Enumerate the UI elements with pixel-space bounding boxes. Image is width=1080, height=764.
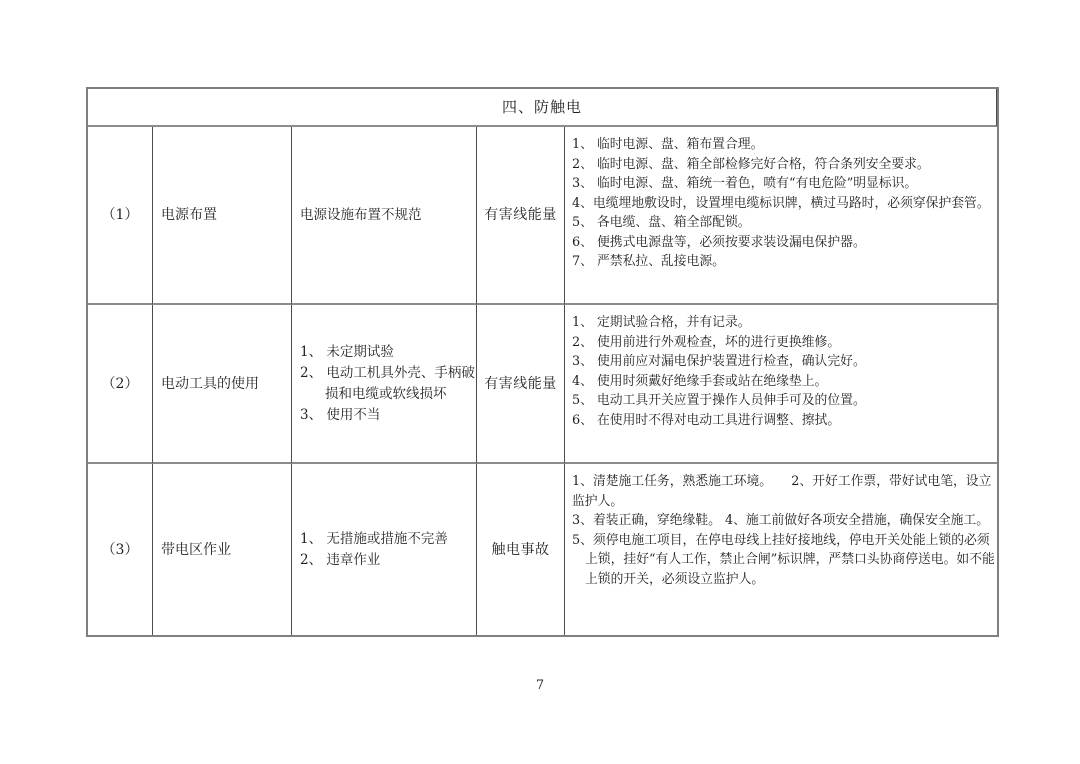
hazard-type-label: 触电事故: [492, 540, 550, 560]
row3-hazard-cell: 1、 无措施或措施不完善2、 违章作业: [292, 464, 477, 635]
measure-line: 6、 便携式电源盘等，必须按要求装设漏电保护器。: [572, 233, 996, 253]
row1-measures-cell: 1、 临时电源、盘、箱布置合理。2、 临时电源、盘、箱全部检修完好合格，符合条列…: [565, 127, 997, 305]
measure-line: 7、 严禁私拉、乱接电源。: [572, 252, 996, 272]
measure-line: 3、 使用前应对漏电保护装置进行检查，确认完好。: [572, 352, 996, 372]
measure-line: 1、清楚施工任务，熟悉施工环境。 2、开好工作票，带好试电笔，设立监护人。: [572, 472, 996, 511]
row3-item-cell: 带电区作业: [153, 464, 292, 635]
electric-shock-prevention-table: 四、防触电 （1） 电源布置 电源设施布置不规范 有害线能量 1、 临时电源、盘…: [86, 87, 999, 637]
hazard-line: 3、 使用不当: [300, 405, 476, 426]
row-number: （3）: [102, 540, 139, 560]
hazard-list: 电源设施布置不规范: [300, 205, 476, 226]
row3-hazard-type-cell: 触电事故: [477, 464, 565, 635]
hazard-type-label: 有害线能量: [484, 205, 557, 225]
row1-hazard-type-cell: 有害线能量: [477, 127, 565, 305]
row2-number-cell: （2）: [88, 305, 153, 464]
row2-measures-cell: 1、 定期试验合格，并有记录。2、 使用前进行外观检查，坏的进行更换维修。3、 …: [565, 305, 997, 464]
row-number: （1）: [102, 205, 139, 225]
item-label: 电动工具的使用: [161, 374, 287, 394]
measure-line: 5、须停电施工项目，在停电母线上挂好接地线，停电开关处能上锁的必须上锁，挂好“有…: [572, 531, 996, 590]
hazard-line: 1、 无措施或措施不完善: [300, 529, 476, 550]
hazard-list: 1、 未定期试验2、 电动工机具外壳、手柄破损和电缆或软线损坏3、 使用不当: [300, 342, 476, 426]
measure-line: 2、 使用前进行外观检查，坏的进行更换维修。: [572, 333, 996, 353]
measures-list: 1、清楚施工任务，熟悉施工环境。 2、开好工作票，带好试电笔，设立监护人。3、着…: [572, 472, 996, 589]
row3-measures-cell: 1、清楚施工任务，熟悉施工环境。 2、开好工作票，带好试电笔，设立监护人。3、着…: [565, 464, 997, 635]
hazard-type-label: 有害线能量: [484, 374, 557, 394]
hazard-list: 1、 无措施或措施不完善2、 违章作业: [300, 529, 476, 571]
measure-line: 6、 在使用时不得对电动工具进行调整、擦拭。: [572, 411, 996, 431]
hazard-line: 1、 未定期试验: [300, 342, 476, 363]
measure-line: 3、着装正确，穿绝缘鞋。 4、施工前做好各项安全措施，确保安全施工。: [572, 511, 996, 531]
measures-list: 1、 临时电源、盘、箱布置合理。2、 临时电源、盘、箱全部检修完好合格，符合条列…: [572, 135, 996, 272]
table-section-header: 四、防触电: [88, 89, 997, 127]
measure-line: 4、 使用时须戴好绝缘手套或站在绝缘垫上。: [572, 372, 996, 392]
measure-line: 3、 临时电源、盘、箱统一着色，喷有“有电危险”明显标识。: [572, 174, 996, 194]
item-label: 带电区作业: [161, 540, 287, 560]
measures-list: 1、 定期试验合格，并有记录。2、 使用前进行外观检查，坏的进行更换维修。3、 …: [572, 313, 996, 430]
page-number: 7: [0, 678, 1080, 693]
measure-line: 4、电缆埋地敷设时，设置埋电缆标识牌，横过马路时，必须穿保护套管。: [572, 194, 996, 214]
row1-item-cell: 电源布置: [153, 127, 292, 305]
row-number: （2）: [102, 374, 139, 394]
hazard-line: 电源设施布置不规范: [300, 205, 476, 226]
item-label: 电源布置: [161, 205, 287, 225]
section-title: 四、防触电: [502, 97, 582, 117]
document-page: 四、防触电 （1） 电源布置 电源设施布置不规范 有害线能量 1、 临时电源、盘…: [0, 0, 1080, 764]
row2-item-cell: 电动工具的使用: [153, 305, 292, 464]
measure-line: 2、 临时电源、盘、箱全部检修完好合格，符合条列安全要求。: [572, 155, 996, 175]
measure-line: 5、 各电缆、盘、箱全部配锁。: [572, 213, 996, 233]
row2-hazard-type-cell: 有害线能量: [477, 305, 565, 464]
row1-hazard-cell: 电源设施布置不规范: [292, 127, 477, 305]
row1-number-cell: （1）: [88, 127, 153, 305]
hazard-line: 2、 电动工机具外壳、手柄破损和电缆或软线损坏: [300, 363, 476, 405]
measure-line: 5、 电动工具开关应置于操作人员伸手可及的位置。: [572, 391, 996, 411]
hazard-line: 2、 违章作业: [300, 550, 476, 571]
measure-line: 1、 定期试验合格，并有记录。: [572, 313, 996, 333]
row3-number-cell: （3）: [88, 464, 153, 635]
row2-hazard-cell: 1、 未定期试验2、 电动工机具外壳、手柄破损和电缆或软线损坏3、 使用不当: [292, 305, 477, 464]
measure-line: 1、 临时电源、盘、箱布置合理。: [572, 135, 996, 155]
